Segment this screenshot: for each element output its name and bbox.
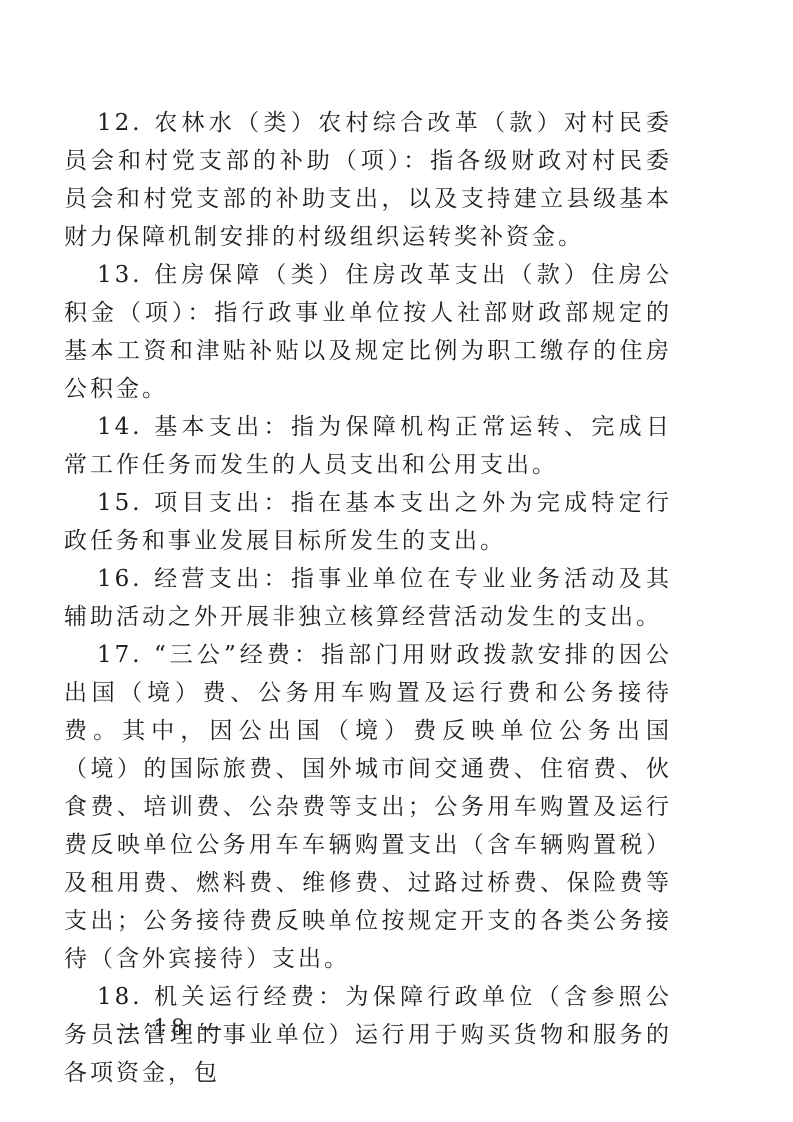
paragraph-item-13: 13. 住房保障（类）住房改革支出（款）住房公积金（项）：指行政事业单位按人社部… <box>64 256 672 408</box>
page-number: — 18 — <box>116 1016 226 1041</box>
document-body: 12. 农林水（类）农村综合改革（款）对村民委员会和村党支部的补助（项）：指各级… <box>64 104 672 1092</box>
document-page: 12. 农林水（类）农村综合改革（款）对村民委员会和村党支部的补助（项）：指各级… <box>0 0 793 1122</box>
paragraph-item-16: 16. 经营支出：指事业单位在专业业务活动及其辅助活动之外开展非独立核算经营活动… <box>64 560 672 636</box>
paragraph-item-17: 17. “三公”经费：指部门用财政拨款安排的因公出国（境）费、公务用车购置及运行… <box>64 636 672 978</box>
paragraph-item-14: 14. 基本支出：指为保障机构正常运转、完成日常工作任务而发生的人员支出和公用支… <box>64 408 672 484</box>
paragraph-item-15: 15. 项目支出：指在基本支出之外为完成特定行政任务和事业发展目标所发生的支出。 <box>64 484 672 560</box>
paragraph-item-12: 12. 农林水（类）农村综合改革（款）对村民委员会和村党支部的补助（项）：指各级… <box>64 104 672 256</box>
